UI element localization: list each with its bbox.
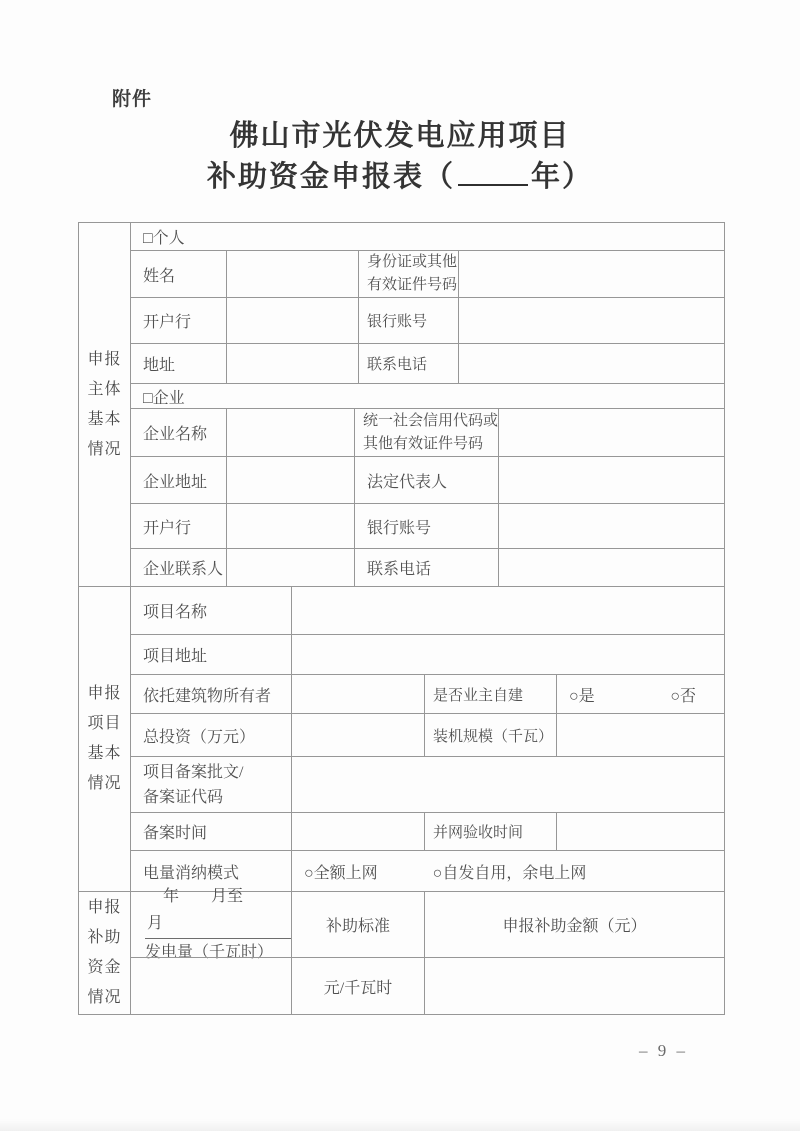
- year-blank-underline: [458, 162, 528, 186]
- section-applicant-side-label: 申报 主体 基本 情况: [79, 223, 131, 586]
- enterprise-address-label: 企业地址: [131, 457, 226, 503]
- record-approval-value-cell: [291, 757, 724, 812]
- id-number-label: 身份证或其他 有效证件号码: [358, 251, 458, 297]
- table-row: 姓名 身份证或其他 有效证件号码: [131, 250, 724, 297]
- total-investment-label: 总投资（万元）: [131, 714, 291, 756]
- page-number: – 9 –: [639, 1041, 688, 1061]
- table-row: 开户行 银行账号: [131, 297, 724, 343]
- table-row: 企业联系人 联系电话: [131, 548, 724, 586]
- enterprise-bank-value-cell: [226, 504, 354, 548]
- credit-code-value-cell: [498, 409, 724, 456]
- attachment-label: 附件: [112, 84, 152, 111]
- bank-value-cell: [226, 298, 358, 343]
- installed-capacity-label: 装机规模（千瓦）: [424, 714, 556, 756]
- name-label: 姓名: [131, 251, 226, 297]
- individual-checkbox-header: □个人: [131, 223, 724, 250]
- enterprise-bank-account-value-cell: [498, 504, 724, 548]
- legal-rep-value-cell: [498, 457, 724, 503]
- bank-account-value-cell: [458, 298, 724, 343]
- enterprise-header-row: □企业: [131, 383, 724, 408]
- generation-value-cell: [131, 958, 291, 1014]
- building-owner-label: 依托建筑物所有者: [131, 675, 291, 713]
- record-time-label: 备案时间: [131, 813, 291, 850]
- generation-period-blank: 年 月至 月: [145, 883, 291, 939]
- form-title-line1: 佛山市光伏发电应用项目: [0, 116, 800, 157]
- form-title-line2-prefix: 补助资金申报表（: [207, 161, 455, 193]
- name-value-cell: [226, 251, 358, 297]
- enterprise-checkbox-header: □企业: [131, 384, 724, 408]
- enterprise-contact-value-cell: [226, 549, 354, 586]
- table-row: 元/千瓦时: [131, 957, 724, 1014]
- table-row: 开户行 银行账号: [131, 503, 724, 548]
- enterprise-name-value-cell: [226, 409, 354, 456]
- form-title-line2-suffix: 年）: [531, 161, 593, 193]
- subsidy-amount-label: 申报补助金额（元）: [424, 892, 724, 957]
- table-row: 总投资（万元） 装机规模（千瓦）: [131, 713, 724, 756]
- radio-full-grid: ○全额上网: [304, 860, 378, 883]
- bank-label: 开户行: [131, 298, 226, 343]
- project-address-label: 项目地址: [131, 635, 291, 674]
- table-row: 年 月至 月 发电量（千瓦时） 补助标准 申报补助金额（元）: [131, 892, 724, 957]
- scanned-form-page: 附件 佛山市光伏发电应用项目 补助资金申报表（年） 申报 主体 基本 情况 □个…: [0, 0, 800, 1131]
- subsidy-amount-value-cell: [424, 958, 724, 1014]
- table-row: 地址 联系电话: [131, 343, 724, 383]
- form-title: 佛山市光伏发电应用项目 补助资金申报表（年）: [0, 116, 800, 198]
- consumption-mode-options-cell: ○全额上网 ○自发自用，余电上网: [291, 851, 724, 891]
- individual-header-row: □个人: [131, 223, 724, 250]
- legal-rep-label: 法定代表人: [354, 457, 498, 503]
- address-label: 地址: [131, 344, 226, 383]
- total-investment-value-cell: [291, 714, 424, 756]
- generation-period-label: 年 月至 月 发电量（千瓦时）: [131, 892, 291, 957]
- bank-account-label: 银行账号: [358, 298, 458, 343]
- address-value-cell: [226, 344, 358, 383]
- table-row: 依托建筑物所有者 是否业主自建 ○是 ○否: [131, 674, 724, 713]
- table-row: 企业地址 法定代表人: [131, 456, 724, 503]
- building-owner-value-cell: [291, 675, 424, 713]
- section-project: 申报 项目 基本 情况 项目名称 项目地址 依托建筑物所有者 是否业主自建: [79, 586, 724, 891]
- table-row: 项目备案批文/ 备案证代码: [131, 756, 724, 812]
- self-build-options-cell: ○是 ○否: [556, 675, 724, 713]
- grid-acceptance-time-value-cell: [556, 813, 724, 850]
- subsidy-unit-label: 元/千瓦时: [291, 958, 424, 1014]
- project-address-value-cell: [291, 635, 724, 674]
- enterprise-phone-label: 联系电话: [354, 549, 498, 586]
- self-build-label: 是否业主自建: [424, 675, 556, 713]
- record-time-value-cell: [291, 813, 424, 850]
- id-number-value-cell: [458, 251, 724, 297]
- radio-no: ○否: [670, 683, 696, 706]
- enterprise-contact-label: 企业联系人: [131, 549, 226, 586]
- project-name-value-cell: [291, 587, 724, 634]
- project-name-label: 项目名称: [131, 587, 291, 634]
- section-applicant: 申报 主体 基本 情况 □个人 姓名 身份证或其他 有效证件号码: [79, 223, 724, 586]
- enterprise-name-label: 企业名称: [131, 409, 226, 456]
- grid-acceptance-time-label: 并网验收时间: [424, 813, 556, 850]
- radio-yes: ○是: [569, 683, 595, 706]
- enterprise-bank-label: 开户行: [131, 504, 226, 548]
- enterprise-phone-value-cell: [498, 549, 724, 586]
- phone-label: 联系电话: [358, 344, 458, 383]
- table-row: 企业名称 统一社会信用代码或 其他有效证件号码: [131, 408, 724, 456]
- application-form-table: 申报 主体 基本 情况 □个人 姓名 身份证或其他 有效证件号码: [78, 222, 725, 1015]
- phone-value-cell: [458, 344, 724, 383]
- table-row: 项目名称: [131, 587, 724, 634]
- section-subsidy: 申报 补助 资金 情况 年 月至 月 发电量（千瓦时） 补助标准 申报补助金额（…: [79, 891, 724, 1014]
- form-title-line2: 补助资金申报表（年）: [0, 157, 800, 198]
- section-subsidy-side-label: 申报 补助 资金 情况: [79, 892, 131, 1014]
- table-row: 备案时间 并网验收时间: [131, 812, 724, 850]
- section-project-side-label: 申报 项目 基本 情况: [79, 587, 131, 891]
- enterprise-bank-account-label: 银行账号: [354, 504, 498, 548]
- radio-self-use: ○自发自用，余电上网: [433, 860, 587, 883]
- installed-capacity-value-cell: [556, 714, 724, 756]
- table-row: 项目地址: [131, 634, 724, 674]
- enterprise-address-value-cell: [226, 457, 354, 503]
- credit-code-label: 统一社会信用代码或 其他有效证件号码: [354, 409, 498, 456]
- record-approval-label: 项目备案批文/ 备案证代码: [131, 757, 291, 812]
- subsidy-standard-label: 补助标准: [291, 892, 424, 957]
